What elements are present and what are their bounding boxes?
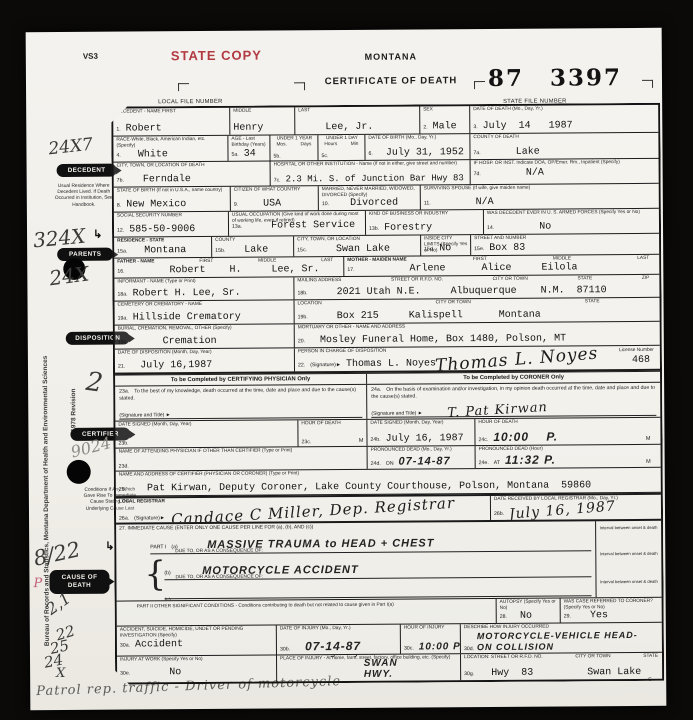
field-father-name: FATHER - NAMEFIRSTMIDDLELAST 16.Robert H… [114, 257, 344, 278]
tab-parents: PARENTS [57, 248, 113, 261]
field-part2-conditions: PART II OTHER SIGNIFICANT CONDITIONS - C… [117, 599, 497, 626]
field-industry: KIND OF BUSINESS OR INDUSTRY 13b.Forestr… [366, 210, 484, 235]
certificate-form: DECEDENT - NAME FIRST 1.Robert MIDDLE He… [111, 103, 664, 685]
crop-mark [642, 80, 653, 88]
cause-of-death-section: 27. IMMEDIATE CAUSE (ENTER ONLY ONE CAUS… [116, 521, 597, 600]
field-date-signed-coroner: DATE SIGNED (Month, Day, Year) 24b.July … [367, 419, 475, 446]
margin-note: 324X [32, 224, 86, 253]
crop-mark [474, 81, 485, 89]
field-citizen: CITIZEN OF WHAT COUNTRY 9.USA [231, 186, 319, 211]
death-certificate-paper: VS3 STATE COPY MONTANA CERTIFICATE OF DE… [26, 28, 667, 710]
field-coroner-statement: 24a.On the basis of examination and/or i… [367, 383, 660, 419]
field-attending-physician: NAME OF ATTENDING PHYSICIAN IF OTHER THA… [116, 447, 368, 471]
field-residence-state: RESIDENCE - STATE 15a.Montana [114, 237, 212, 258]
field-injury-at-work: INJURY AT WORK (Specify Yes or No) 30e.N… [117, 655, 277, 682]
interval-column: Interval between onset & death Interval … [596, 521, 662, 597]
conditions-note-arrow: ↳ [105, 540, 114, 553]
field-ssn: SOCIAL SECURITY NUMBER 12.585-50-9006 [114, 212, 229, 237]
field-hour-of-death-physician: HOUR OF DEATH 23c. M [298, 420, 367, 446]
margin-note: X [56, 666, 65, 681]
field-place-of-injury: PLACE OF INJURY - At home, farm, street,… [277, 654, 461, 681]
hole-punch [67, 460, 91, 484]
field-disposition-date: DATE OF DISPOSITION (Month, Day, Year) 2… [115, 348, 295, 372]
field-under-1-year: UNDER 1 YEAR Mos.Days 5b. [270, 135, 318, 160]
field-mortuary: MORTUARY OR OTHER - NAME AND ADDRESS 20.… [295, 322, 660, 348]
field-autopsy: AUTOPSY (Specify Yes or No) 28.No [497, 599, 561, 623]
state-file-number-stamp: 873397 [488, 64, 622, 92]
crop-mark [294, 82, 305, 90]
field-referred-to-coroner: WAS CASE REFERRED TO CORONER? (Specify Y… [561, 598, 662, 623]
margin-note: 24X [48, 261, 90, 290]
field-date-received: DATE RECEIVED BY LOCAL REGISTRAR (Mo., D… [491, 495, 661, 520]
margin-note: 24X7 [47, 134, 94, 159]
form-code: VS3 [83, 52, 98, 61]
stamp-year: 87 [488, 65, 524, 92]
field-how-injury-occurred: DESCRIBE HOW INJURY OCCURRED MOTORCYCLE-… [461, 623, 662, 653]
field-certifier-name-address: NAME AND ADDRESS OF CERTIFIER (PHYSICIAN… [116, 468, 661, 496]
field-surviving-spouse: SURVIVING SPOUSE (If wife, give maiden n… [421, 184, 659, 210]
field-local-registrar: LOCAL REGISTRAR 26a.(Signature)► Candace… [116, 496, 491, 523]
field-date-of-death: DATE OF DEATH (Mo., Day, Yr.) 3.July 14 … [470, 105, 658, 133]
field-mother-name: MOTHER - MAIDEN NAMEFIRSTMIDDLELAST 17.A… [344, 255, 659, 276]
field-name-first: DECEDENT - NAME FIRST 1.Robert [113, 108, 230, 136]
field-marital-status: MARRIED, NEVER MARRIED, WIDOWED, DIVORCE… [319, 185, 421, 210]
physician-band: To be Completed by CERTIFYING PHYSICIAN … [115, 374, 367, 386]
field-name-last: LAST Lee, Jr. [295, 106, 420, 134]
field-city-of-death: CITY, TOWN, OR LOCATION OF DEATH 7b.Fern… [114, 162, 271, 187]
field-disposition-person: PERSON IN CHARGE OF DISPOSITION License … [295, 346, 660, 372]
field-race: RACE-White, Black, American Indian, etc.… [113, 136, 228, 162]
field-name-middle: MIDDLE Henry [230, 107, 295, 134]
revision-vertical-text: 1978 Revision [70, 389, 77, 432]
field-state-of-birth: STATE OF BIRTH (If not in U.S.A., name c… [114, 187, 231, 212]
field-sex: SEX 2.Male [420, 106, 470, 133]
field-inside-city-limits: INSIDE CITY LIMITS (Specify Yes or No) 1… [421, 235, 471, 255]
field-cemetery-location: LOCATIONCITY OR TOWNSTATE 19b.Box 215 Ka… [295, 298, 660, 324]
brace: { [144, 554, 166, 594]
field-manner-of-death: ACCIDENT, SUICIDE, HOMICIDE, UNDET OR PE… [117, 625, 277, 655]
residence-note-arrow: ↳ [93, 228, 102, 241]
field-pronounced-dead-date: PRONOUNCED DEAD (Mo., Day, Yr.) 24d.ON07… [368, 446, 476, 469]
cause-line-c: (c) [165, 585, 592, 599]
field-date-signed-physician: DATE SIGNED (Month, Day, Year) 23b. [115, 420, 298, 447]
stamp-number: 3397 [550, 64, 622, 92]
field-street-number: STREET AND NUMBER 15e.Box 83 [471, 234, 659, 255]
field-age: AGE - Last Birthday (Years) 5a.34 [228, 136, 270, 161]
crop-mark [178, 83, 189, 91]
field-hour-of-injury: HOUR OF INJURY 30c.10:00 P.M [401, 624, 461, 653]
license-number-value: 468 [632, 355, 650, 366]
field-under-1-day: UNDER 1 DAY HoursMin 5c. [318, 135, 365, 160]
field-armed-forces: WAS DECEDENT EVER IN U. S. ARMED FORCES … [484, 209, 659, 234]
state-name: MONTANA [331, 51, 451, 62]
margin-note: 8/22 [31, 537, 82, 571]
field-mailing-address: MAILING ADDRESSSTREET OR R.F.D. NO.CITY … [294, 275, 659, 300]
coroner-band: To be Completed by CORONER Only [367, 372, 660, 384]
field-hour-of-death-coroner: HOUR OF DEATH 24c.10:00 P. M [475, 418, 660, 445]
field-if-hospital: IF HOSP. OR INST. Indicate DOA, OP/Emer.… [471, 159, 659, 184]
field-hospital: HOSPITAL OR OTHER INSTITUTION - Name (If… [271, 160, 471, 185]
field-residence-city: CITY, TOWN, OR LOCATION 15c.Swan Lake [294, 235, 421, 256]
field-pronounced-dead-hour: PRONOUNCED DEAD (Hour) 24e.AT11:32 P. M [476, 445, 661, 468]
page-title: CERTIFICATE OF DEATH [296, 75, 486, 87]
field-burial-type: BURIAL, CREMATION, REMOVAL, OTHER (Speci… [115, 324, 295, 348]
field-injury-location: LOCATION: STREET OR R.F.D. NO.CITY OR TO… [461, 653, 662, 680]
tab-decedent: DECEDENT [57, 164, 117, 177]
local-file-number-label: LOCAL FILE NUMBER [158, 99, 223, 105]
field-occupation: USUAL OCCUPATION (Give kind of work done… [229, 211, 366, 236]
residence-note: Usual Residence Where Decedent Lived. If… [55, 184, 113, 209]
margin-note: 2 [84, 367, 104, 399]
field-date-of-birth: DATE OF BIRTH (Mo., Day, Yr.) 6.July 31,… [365, 134, 470, 160]
field-cemetery: CEMETERY OR CREMATORY - NAME 19a.Hillsid… [115, 300, 295, 324]
field-informant: INFORMANT - NAME (Type or Print) 18a.Rob… [114, 277, 294, 300]
field-county-of-death: COUNTY OF DEATH 7a.Lake [470, 133, 658, 159]
margin-note-red: P [33, 576, 42, 591]
field-date-of-injury: DATE OF INJURY (Mo., Day, Yr.) 30b.07-14… [277, 625, 401, 655]
state-copy-stamp: STATE COPY [171, 48, 262, 64]
field-residence-county: COUNTY 15b.Lake [212, 236, 294, 257]
field-certification-statement: 23a.To the best of my knowledge, death o… [115, 385, 367, 421]
